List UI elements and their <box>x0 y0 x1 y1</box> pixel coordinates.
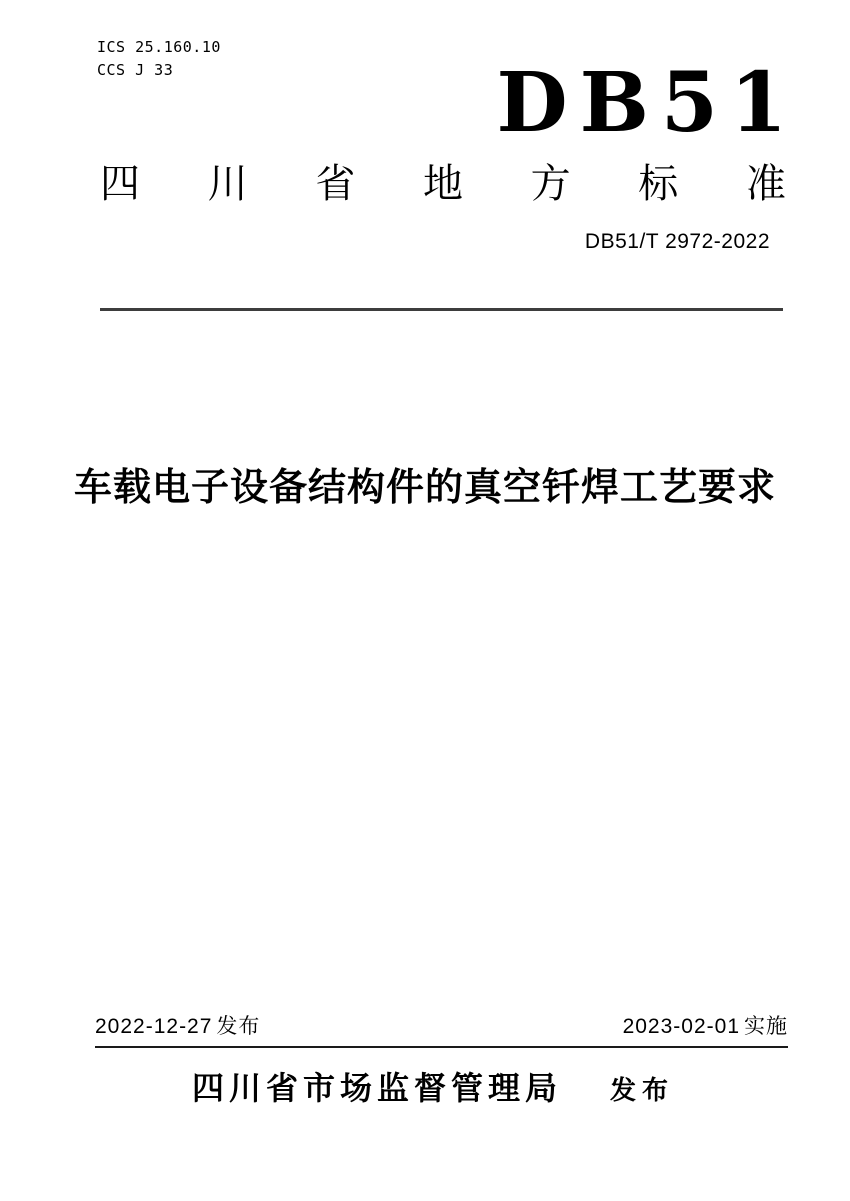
standard-name-char: 川 <box>208 162 248 206</box>
issue-label: 发布 <box>216 1015 260 1038</box>
publisher-row: 四川省市场监督管理局 发布 <box>0 1063 850 1109</box>
standard-name-char: 地 <box>423 162 463 206</box>
standard-name-char: 四 <box>100 162 140 206</box>
dates-row: 2022-12-27发布 2023-02-01实施 <box>95 1010 788 1048</box>
classification-codes: ICS 25.160.10 CCS J 33 <box>97 36 221 82</box>
standard-number: DB51/T 2972-2022 <box>585 230 770 254</box>
implementation-date: 2023-02-01 <box>623 1015 740 1038</box>
standard-cover-page: ICS 25.160.10 CCS J 33 DB51 四 川 省 地 方 标 … <box>0 0 850 1201</box>
implementation-label: 实施 <box>744 1015 788 1038</box>
standard-name: 四 川 省 地 方 标 准 <box>100 162 786 206</box>
standard-name-char: 标 <box>638 162 678 206</box>
ics-code: ICS 25.160.10 <box>97 36 221 59</box>
standard-name-char: 省 <box>315 162 355 206</box>
standard-name-char: 准 <box>746 162 786 206</box>
db51-logo: DB51 <box>496 62 799 144</box>
ccs-code: CCS J 33 <box>97 59 221 82</box>
document-title: 车载电子设备结构件的真空钎焊工艺要求 <box>0 456 850 511</box>
standard-name-char: 方 <box>531 162 571 206</box>
issue-date: 2022-12-27 <box>95 1015 212 1038</box>
publisher-action-label: 发布 <box>610 1070 674 1107</box>
header-divider <box>100 308 783 311</box>
issue-date-group: 2022-12-27发布 <box>95 1010 260 1040</box>
publisher-name: 四川省市场监督管理局 <box>192 1063 562 1109</box>
implementation-date-group: 2023-02-01实施 <box>623 1010 788 1040</box>
